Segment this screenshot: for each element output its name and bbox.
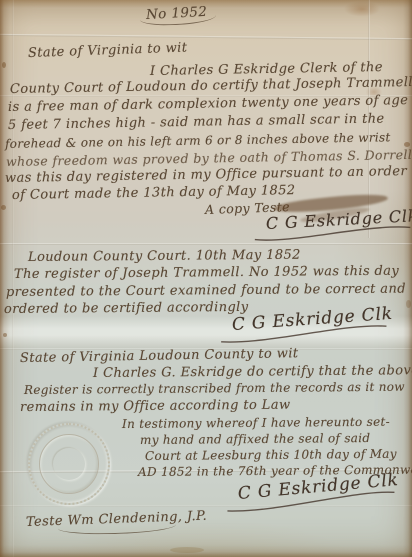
court-order-line: The register of Joseph Trammell. No 1952…	[14, 264, 399, 282]
certification-line: Court at Leesburg this 10th day of May	[145, 447, 397, 463]
stain-spot	[170, 547, 204, 553]
fold-crease	[0, 505, 412, 507]
doc-number-underline	[140, 9, 216, 27]
stain-spot	[406, 300, 411, 308]
stain-spot	[1, 205, 6, 210]
certification-line: I Charles G. Eskridge do certify that th…	[93, 363, 412, 381]
certification-line: In testimony whereof I have hereunto set…	[122, 415, 390, 431]
certification-line: my hand and affixed the seal of said	[140, 431, 370, 447]
embossed-seal-icon	[28, 423, 110, 505]
footer-teste-underline	[58, 518, 176, 535]
stain-spot	[3, 333, 7, 337]
certification-line: remains in my Office according to Law	[20, 398, 291, 415]
fold-crease	[0, 34, 412, 40]
court-order-line: presented to the Court examined found to…	[6, 282, 406, 300]
certification-line: Register is correctly transcribed from t…	[24, 380, 405, 397]
stain-spot	[2, 62, 6, 68]
court-order-line: Loudoun County Court. 10th May 1852	[28, 248, 301, 265]
certificate-line: State of Virginia to wit	[28, 40, 188, 61]
clerk-signature: C G Eskridge Clk	[231, 304, 393, 335]
seal-core	[53, 448, 85, 480]
fold-crease	[0, 243, 412, 245]
court-order-line: ordered to be certified accordingly	[4, 300, 249, 317]
document-page: No 1952 State of Virginia to wit I Charl…	[0, 0, 412, 557]
certificate-line: 5 feet 7 inches high - said man has a sm…	[8, 111, 385, 133]
